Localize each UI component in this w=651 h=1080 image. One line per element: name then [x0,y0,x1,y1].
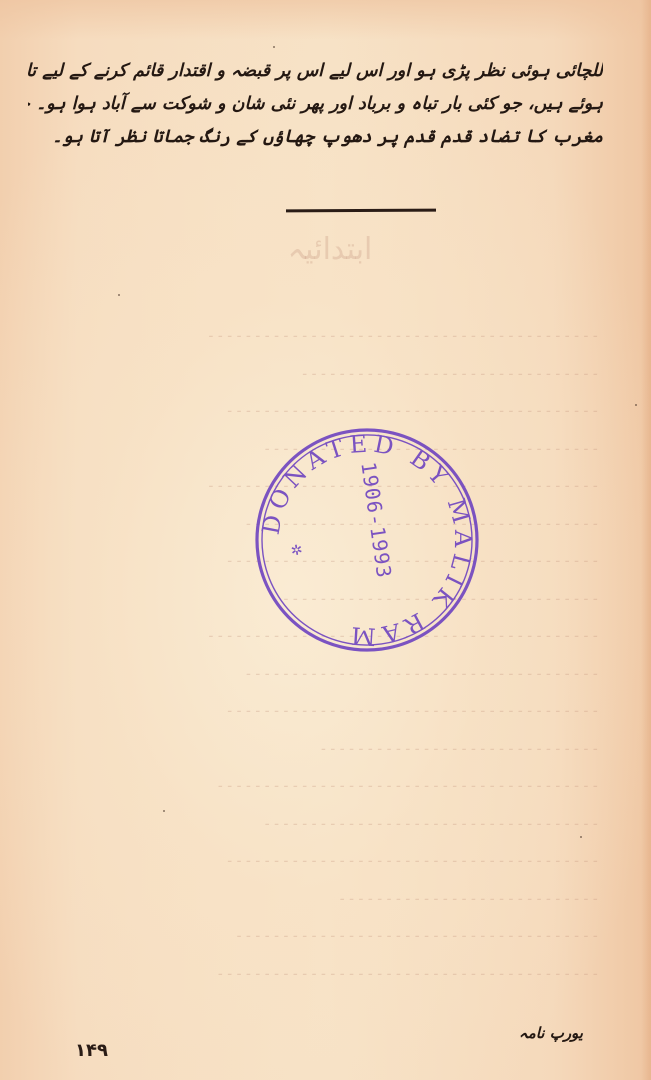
stamp-ring-text: DONATED BY MALIK RAM [254,427,480,653]
bleed-through-line: ۔۔۔۔۔۔۔۔۔۔۔۔۔۔۔۔۔۔۔۔۔۔۔۔۔۔۔۔۔۔۔۔۔۔۔۔۔۔۔۔ [40,397,600,416]
page-edge-shadow-right [641,0,651,1080]
bleed-through-line: ۔۔۔۔۔۔۔۔۔۔۔۔۔۔۔۔۔۔۔۔۔۔۔۔۔۔۔۔۔۔۔۔۔۔۔۔۔۔۔۔… [40,322,600,341]
bleed-through-line: ۔۔۔۔۔۔۔۔۔۔۔۔۔۔۔۔۔۔۔۔۔۔۔۔۔۔۔۔۔۔۔۔۔۔۔۔ [40,810,600,829]
body-line: للچائی ہوئی نظر پڑی ہو اور اس لیے اس پر … [28,55,603,88]
bleed-through-line: ۔۔۔۔۔۔۔۔۔۔۔۔۔۔۔۔۔۔۔۔۔۔۔۔۔۔۔۔۔۔ [40,735,600,754]
bleed-through-line: ۔۔۔۔۔۔۔۔۔۔۔۔۔۔۔۔۔۔۔۔۔۔۔۔۔۔۔۔ [40,885,600,904]
body-line: ہوئے ہیں، جو کئی بار تباہ و برباد اور پھ… [28,88,603,121]
bleed-through-line: ۔۔۔۔۔۔۔۔۔۔۔۔۔۔۔۔۔۔۔۔۔۔۔۔۔۔۔۔۔۔۔۔۔۔۔۔۔۔۔۔… [40,772,600,791]
donation-stamp-icon: DONATED BY MALIK RAM ✲ 1906-1993 [254,427,480,653]
bleed-through-line: ۔۔۔۔۔۔۔۔۔۔۔۔۔۔۔۔۔۔۔۔۔۔۔۔۔۔۔۔۔۔۔۔۔۔۔۔۔۔۔ [40,922,600,941]
stamp-star-icon: ✲ [290,542,304,559]
bleed-through-line: ۔۔۔۔۔۔۔۔۔۔۔۔۔۔۔۔۔۔۔۔۔۔۔۔۔۔۔۔۔۔۔۔۔۔۔۔۔۔ [40,660,600,679]
bleed-through-line: ۔۔۔۔۔۔۔۔۔۔۔۔۔۔۔۔۔۔۔۔۔۔۔۔۔۔۔۔۔۔۔۔۔۔۔۔۔۔۔۔ [40,847,600,866]
svg-text:DONATED BY MALIK RAM: DONATED BY MALIK RAM [254,427,480,653]
paper-speck [635,404,637,406]
bleed-through-line: ۔۔۔۔۔۔۔۔۔۔۔۔۔۔۔۔۔۔۔۔۔۔۔۔۔۔۔۔۔۔۔۔ [40,360,600,379]
bleed-through-heading: ابتدائیہ [180,232,480,267]
running-footer-title: یورپ نامہ [519,1024,583,1042]
paper-speck [273,46,275,48]
page-edge-shadow-top [0,0,651,40]
paper-speck [118,294,120,296]
bleed-through-line: ۔۔۔۔۔۔۔۔۔۔۔۔۔۔۔۔۔۔۔۔۔۔۔۔۔۔۔۔۔۔۔۔۔۔۔۔۔۔۔۔ [40,697,600,716]
stamp-years: 1906-1993 [356,460,396,580]
body-line: مغرب کا تضاد قدم قدم پر دھوپ چھاؤں کے رن… [28,121,603,154]
bleed-through-line: ۔۔۔۔۔۔۔۔۔۔۔۔۔۔۔۔۔۔۔۔۔۔۔۔۔۔۔۔۔۔۔۔۔۔۔۔۔۔۔۔… [40,960,600,979]
body-text: للچائی ہوئی نظر پڑی ہو اور اس لیے اس پر … [28,55,603,154]
paper-speck [580,836,582,838]
page-number: ۱۴۹ [75,1040,108,1061]
section-divider-rule [286,209,436,213]
donation-stamp: DONATED BY MALIK RAM ✲ 1906-1993 [254,427,480,653]
paper-speck [163,810,165,812]
